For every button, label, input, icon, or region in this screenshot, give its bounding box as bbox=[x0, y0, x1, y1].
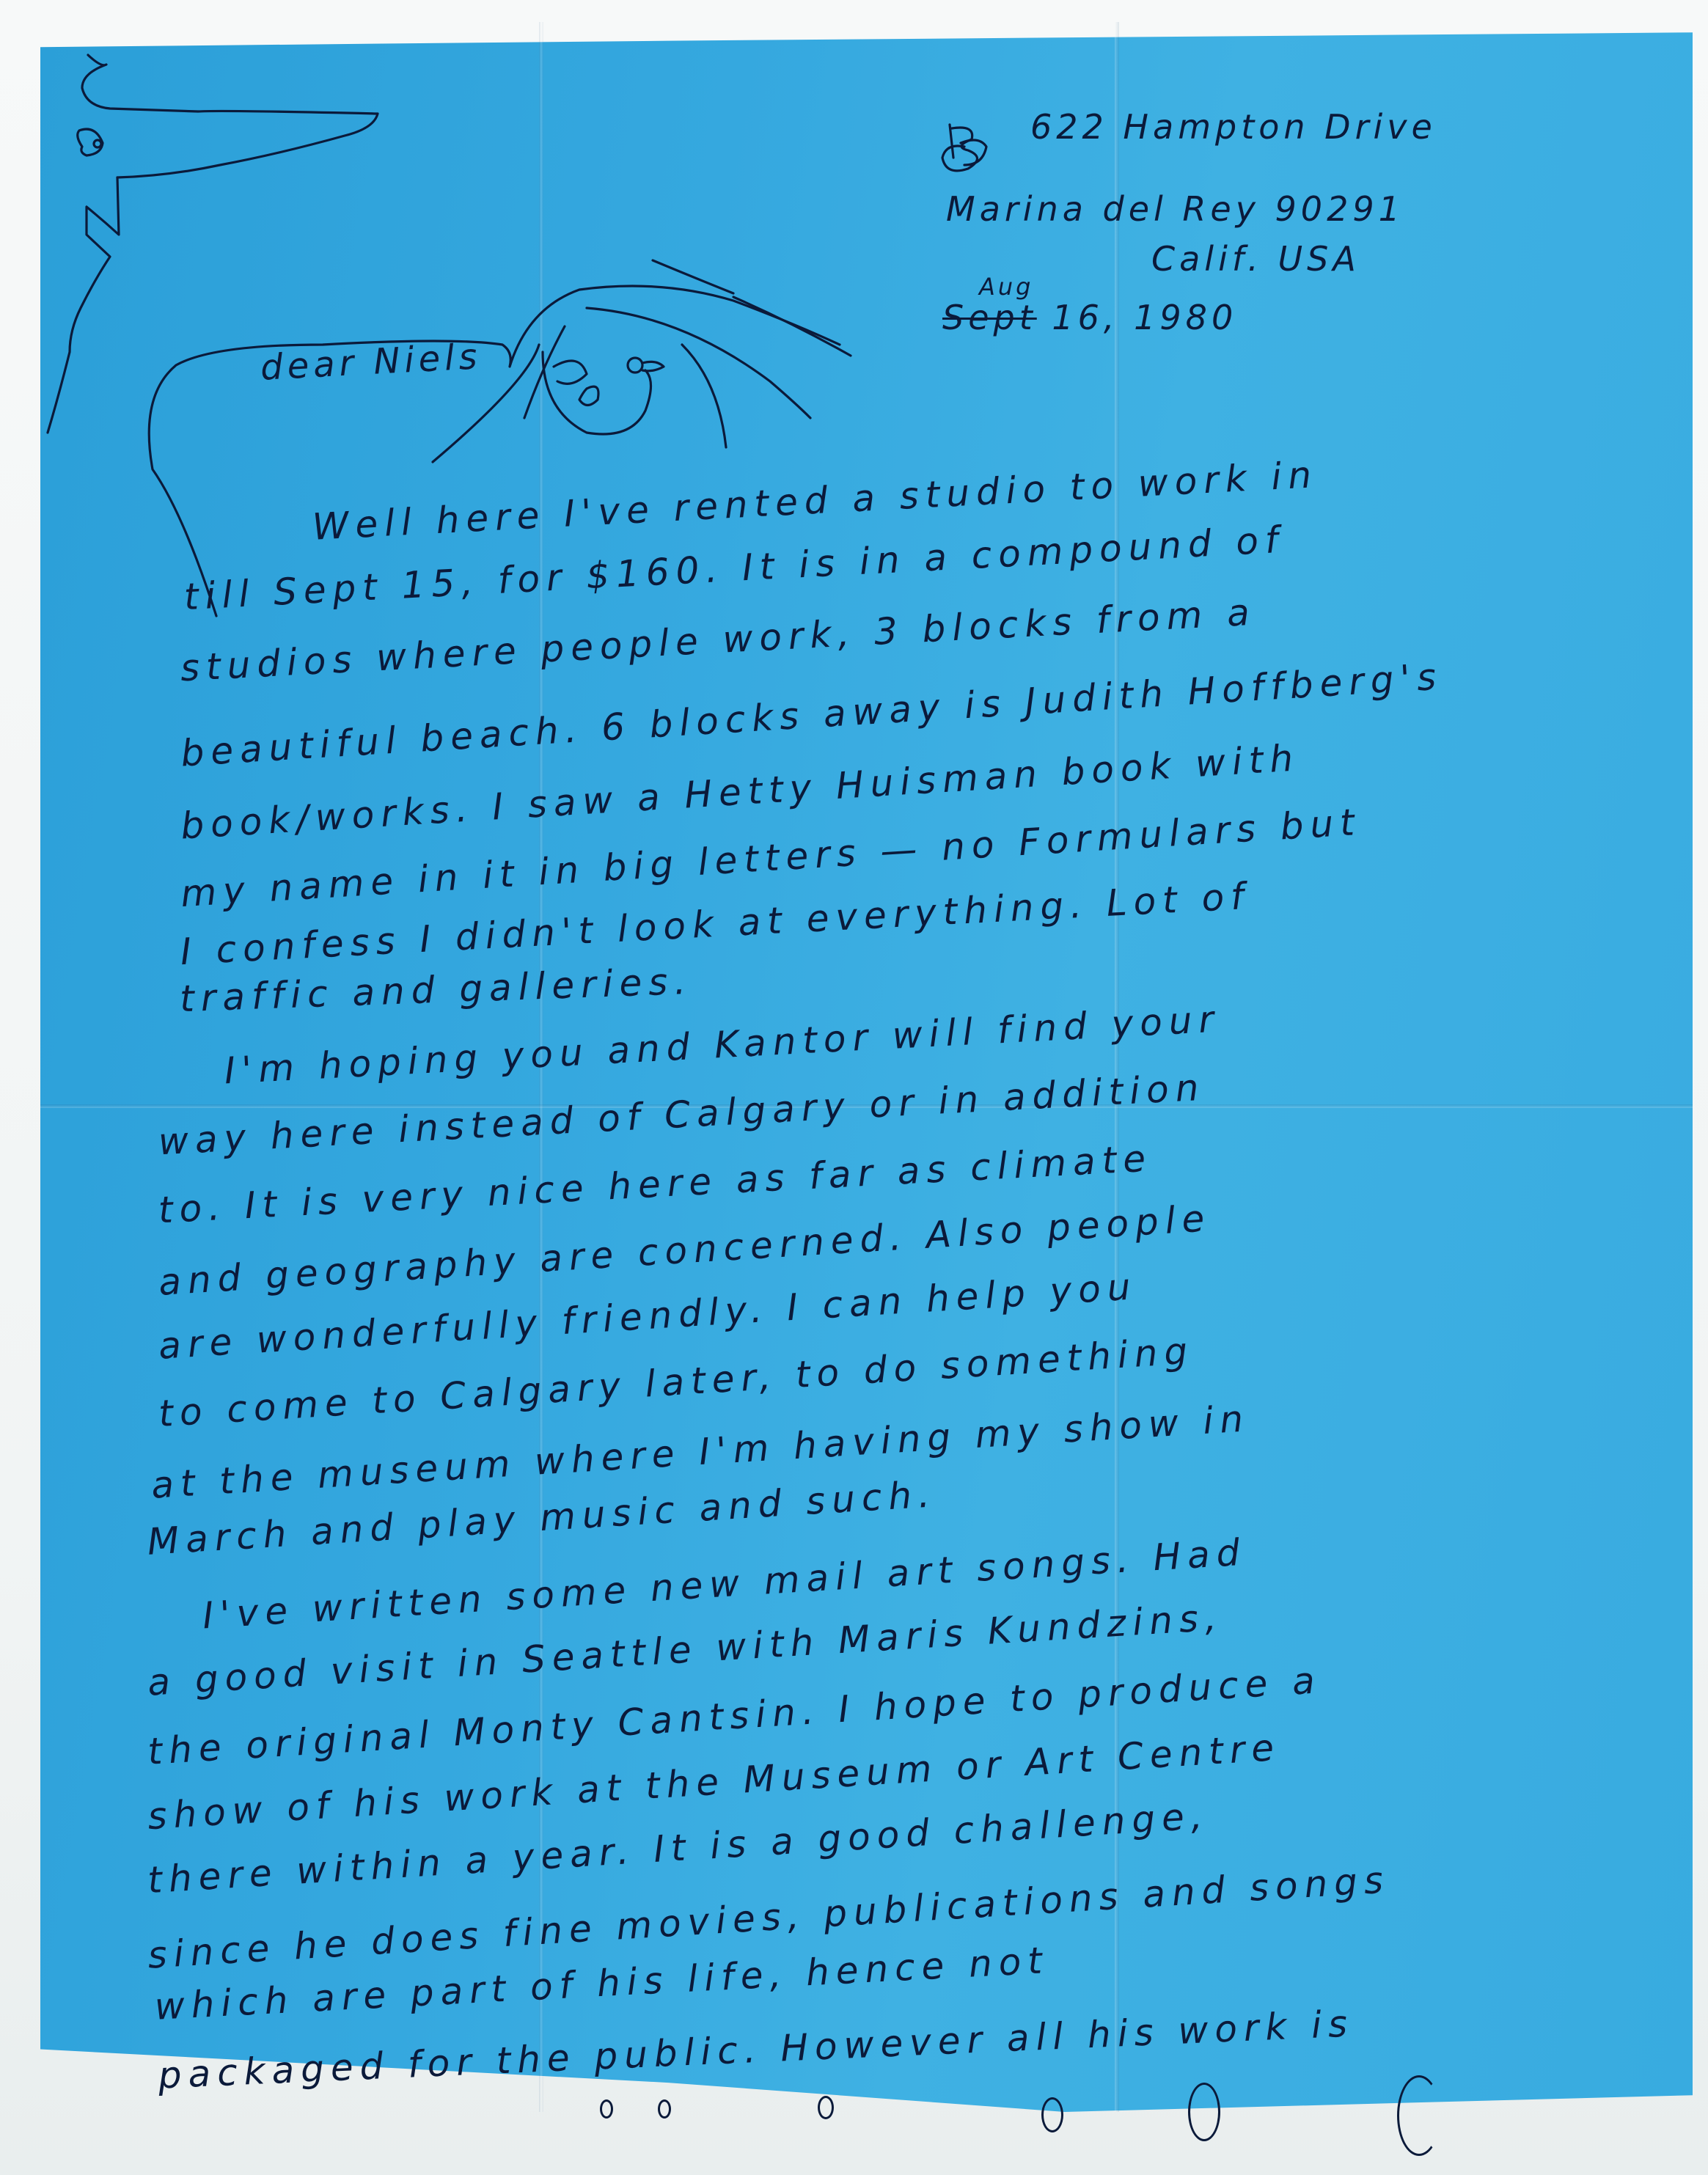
circle-mark-icon bbox=[1188, 2083, 1220, 2141]
date-line: Sept 16, 1980 bbox=[942, 301, 1237, 334]
date-rest: 16, 1980 bbox=[1052, 298, 1237, 337]
address-line-2: Marina del Rey 90291 bbox=[946, 192, 1404, 226]
circle-mark-icon bbox=[658, 2099, 671, 2119]
greeting: dear Niels bbox=[260, 339, 483, 386]
date-struck-month: Sept bbox=[942, 298, 1037, 337]
address-line-1: 622 Hampton Drive bbox=[1030, 110, 1437, 144]
address-line-3: Calif. USA bbox=[1151, 242, 1360, 276]
date-inserted-month: Aug bbox=[979, 275, 1033, 298]
circle-mark-icon bbox=[1397, 2075, 1441, 2156]
circle-mark-icon bbox=[1041, 2097, 1063, 2132]
circle-mark-icon bbox=[818, 2096, 834, 2119]
circle-mark-icon bbox=[600, 2099, 613, 2119]
